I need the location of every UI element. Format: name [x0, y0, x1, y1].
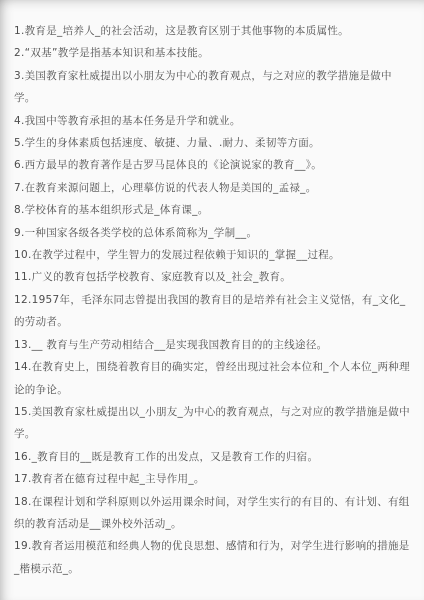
question-item-13: 13.__ 教育与生产劳动相结合__是实现我国教育目的的主线途径。 [14, 334, 410, 356]
question-item-8: 8.学校体育的基本组织形式是_体育课_。 [14, 199, 410, 221]
question-item-5: 5.学生的身体素质包括速度、敏捷、力量、.耐力、柔韧等方面。 [14, 132, 410, 154]
question-item-6: 6.西方最早的教育著作是古罗马昆体良的《论演说家的教育__》。 [14, 154, 410, 176]
question-list: 1.教育是_培养人_的社会活动，这是教育区别于其他事物的本质属性。 2.“双基”… [14, 20, 410, 580]
question-item-1: 1.教育是_培养人_的社会活动，这是教育区别于其他事物的本质属性。 [14, 20, 410, 42]
question-item-10: 10.在教学过程中，学生智力的发展过程依赖于知识的_掌握__过程。 [14, 244, 410, 266]
question-item-19: 19.教育者运用模范和经典人物的优良思想、感情和行为，对学生进行影响的措施是_楷… [14, 535, 410, 580]
question-item-17: 17.教育者在德育过程中起_主导作用_。 [14, 468, 410, 490]
question-item-3: 3.美国教育家杜威提出以小朋友为中心的教育观点，与之对应的教学措施是做中学。 [14, 65, 410, 110]
question-item-14: 14.在教育史上，围绕着教育目的确实定，曾经出现过社会本位和_个人本位_两种理论… [14, 356, 410, 401]
question-item-16: 16._教育目的__既是教育工作的出发点，又是教育工作的归宿。 [14, 446, 410, 468]
question-item-18: 18.在课程计划和学科原则以外运用课余时间，对学生实行的有目的、有计划、有组织的… [14, 491, 410, 536]
question-item-2: 2.“双基”教学是指基本知识和基本技能。 [14, 42, 410, 64]
question-item-11: 11.广义的教育包括学校教育、家庭教育以及_社会_教育。 [14, 266, 410, 288]
question-item-7: 7.在教育来源问题上，心理摹仿说的代表人物是美国的_孟禄_。 [14, 177, 410, 199]
scanned-document-page: 1.教育是_培养人_的社会活动，这是教育区别于其他事物的本质属性。 2.“双基”… [0, 0, 424, 600]
question-item-15: 15.美国教育家杜威提出以_小朋友_为中心的教育观点，与之对应的教学措施是做中学… [14, 401, 410, 446]
question-item-12: 12.1957年，毛泽东同志曾提出我国的教育目的是培养有社会主义觉悟，有_文化_… [14, 289, 410, 334]
question-item-9: 9.一种国家各级各类学校的总体系简称为_学制__。 [14, 222, 410, 244]
question-item-4: 4.我国中等教育承担的基本任务是升学和就业。 [14, 110, 410, 132]
